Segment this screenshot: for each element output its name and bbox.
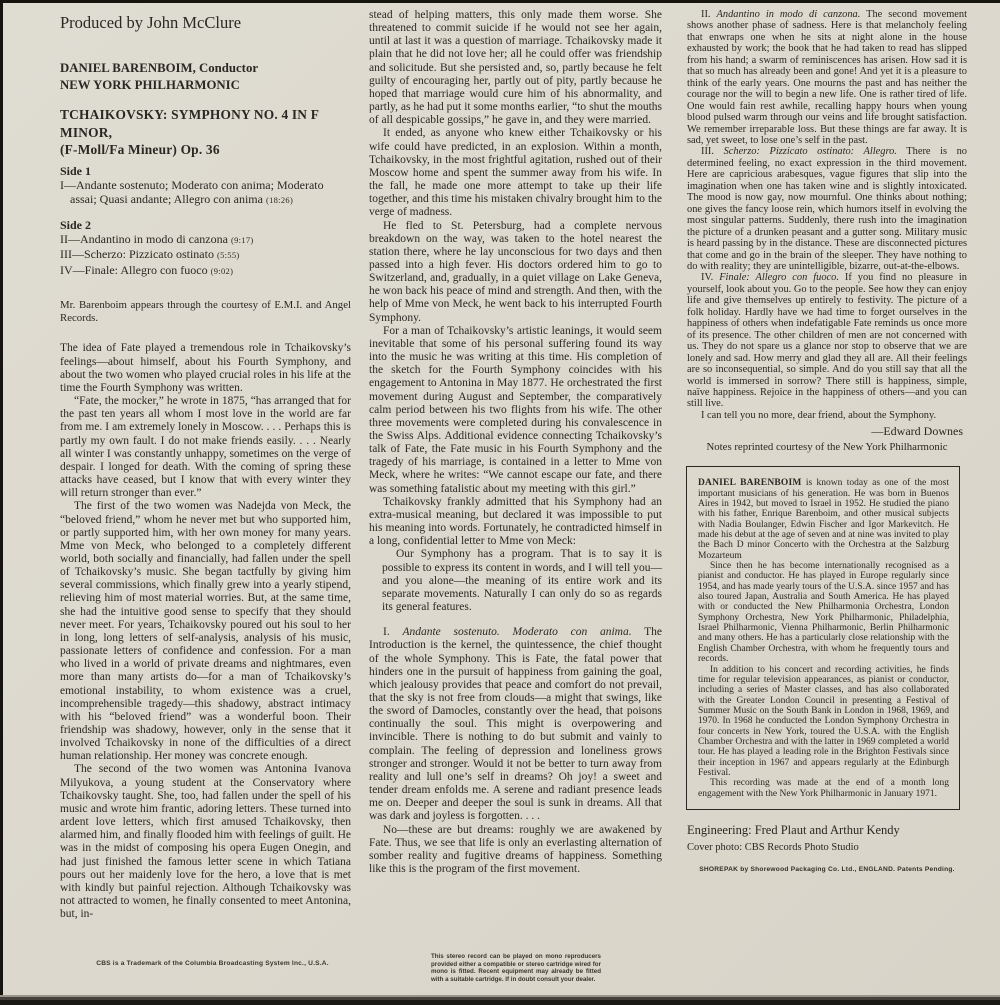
paragraph: II. Andantino in modo di canzona. The se… [687, 9, 967, 146]
paragraph: Our Symphony has a program. That is to s… [382, 548, 662, 614]
paragraph: It ended, as anyone who knew either Tcha… [369, 127, 662, 219]
column-middle liner-notes-column-2: stead of helping matters, this only made… [369, 9, 662, 876]
side2-tracklist: II—Andantino in modo di canzona (9:17)II… [60, 232, 351, 279]
engineering-credit: Engineering: Fred Plaut and Arthur Kendy [687, 823, 967, 838]
paragraph: stead of helping matters, this only made… [369, 9, 662, 127]
track-duration: (18:26) [266, 195, 293, 205]
paragraph: “Fate, the mocker,” he wrote in 1875, “h… [60, 395, 351, 500]
track-listing: IV—Finale: Allegro con fuoco (9:02) [60, 263, 351, 279]
track-listing: I—Andante sostenuto; Moderato con anima;… [60, 178, 351, 208]
artist-bio-text: DANIEL BARENBOIM is known today as one o… [698, 478, 949, 799]
conductor-name: DANIEL BARENBOIM, Conductor [60, 60, 351, 77]
track-listing: II—Andantino in modo di canzona (9:17) [60, 232, 351, 248]
orchestra-name: NEW YORK PHILHARMONIC [60, 77, 351, 94]
paragraph: In addition to his concert and recording… [698, 665, 949, 779]
paragraph: This recording was made at the end of a … [698, 778, 949, 799]
side1-label: Side 1 [60, 164, 351, 178]
paragraph: For a man of Tchaikovsky’s artistic lean… [369, 325, 662, 496]
album-title-line2: (F-Moll/Fa Mineur) Op. 36 [60, 141, 351, 159]
track-duration: (9:17) [231, 235, 254, 245]
column-left: Produced by John McClure DANIEL BARENBOI… [60, 13, 351, 921]
track-duration: (5:55) [217, 250, 240, 260]
track-listing: III—Scherzo: Pizzicato ostinato (5:55) [60, 247, 351, 263]
paragraph: I can tell you no more, dear friend, abo… [687, 410, 967, 421]
paragraph: The idea of Fate played a tremendous rol… [60, 342, 351, 395]
liner-notes-column-1: The idea of Fate played a tremendous rol… [60, 342, 351, 921]
side2-label: Side 2 [60, 218, 351, 232]
paragraph: He fled to St. Petersburg, had a complet… [369, 220, 662, 325]
track-duration: (9:02) [211, 266, 234, 276]
cbs-trademark-notice: CBS is a Trademark of the Columbia Broad… [95, 960, 330, 967]
courtesy-note: Mr. Barenboim appears through the courte… [60, 299, 351, 325]
column-right: II. Andantino in modo di canzona. The se… [687, 9, 967, 873]
notes-reprint-credit: Notes reprinted courtesy of the New York… [687, 441, 967, 453]
paragraph: I. Andante sostenuto. Moderato con anima… [369, 626, 662, 823]
paper-sleeve: Produced by John McClure DANIEL BARENBOI… [3, 3, 1000, 995]
side1-tracklist: I—Andante sostenuto; Moderato con anima;… [60, 178, 351, 208]
paragraph: III. Scherzo: Pizzicato ostinato: Allegr… [687, 146, 967, 272]
album-title: TCHAIKOVSKY: SYMPHONY NO. 4 IN F MINOR, … [60, 106, 351, 159]
shorepak-notice: SHOREPAK by Shorewood Packaging Co. Ltd.… [687, 866, 967, 873]
album-back-cover-scan: { "colors": { "paper": "#dcd8cd", "ink":… [0, 0, 1000, 1005]
paragraph: The first of the two women was Nadejda v… [60, 500, 351, 763]
paragraph: IV. Finale: Allegro con fuoco. If you fi… [687, 272, 967, 409]
paragraph: No—these are but dreams: roughly we are … [369, 824, 662, 877]
cover-photo-credit: Cover photo: CBS Records Photo Studio [687, 842, 967, 853]
author-signature: —Edward Downes [687, 424, 967, 439]
liner-notes-column-3: II. Andantino in modo di canzona. The se… [687, 9, 967, 421]
album-title-line1: TCHAIKOVSKY: SYMPHONY NO. 4 IN F MINOR, [60, 106, 351, 141]
paragraph: Tchaikovsky frankly admitted that his Sy… [369, 496, 662, 549]
sleeve-bottom-edge [0, 995, 1000, 1005]
paragraph: DANIEL BARENBOIM is known today as one o… [698, 478, 949, 561]
produced-by-credit: Produced by John McClure [60, 13, 351, 33]
artist-bio-box: DANIEL BARENBOIM is known today as one o… [686, 466, 960, 810]
stereo-compatibility-notice: This stereo record can be played on mono… [431, 953, 601, 983]
paragraph: The second of the two women was Antonina… [60, 763, 351, 921]
paragraph: Since then he has become internationally… [698, 561, 949, 664]
